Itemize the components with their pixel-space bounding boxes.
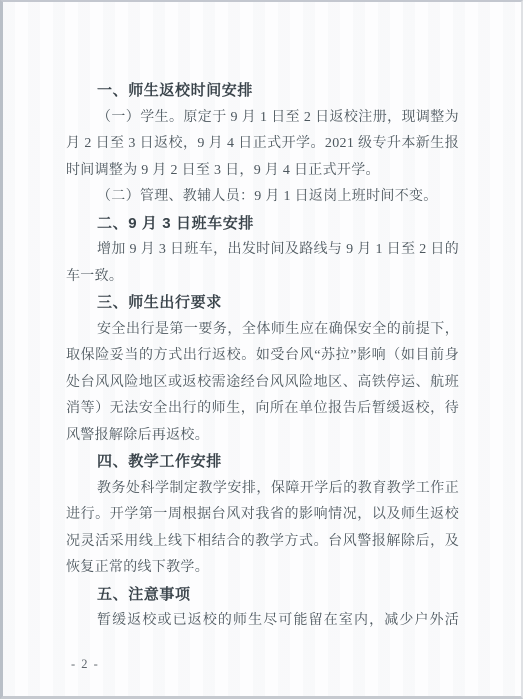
section-heading: 二、9 月 3 日班车安排 — [66, 211, 459, 238]
section-heading: 三、师生出行要求 — [66, 290, 459, 317]
body-text-line: 增加 9 月 3 日班车，出发时间及路线与 9 月 1 日至 2 日的班 — [66, 237, 459, 264]
body-text-line: （一）学生。原定于 9 月 1 日至 2 日返校注册，现调整为 9 — [66, 105, 459, 132]
section-heading: 四、教学工作安排 — [66, 449, 459, 476]
section-heading: 五、注意事项 — [66, 582, 459, 609]
body-text-line: 取保险妥当的方式出行返校。如受台风“苏拉”影响（如目前身 — [66, 343, 459, 370]
section-heading: 一、师生返校时间安排 — [66, 78, 459, 105]
body-text-line: 车一致。 — [66, 264, 459, 291]
body-text-line: 暂缓返校或已返校的师生尽可能留在室内，减少户外活动， — [66, 608, 459, 635]
body-text-line: 时间调整为 9 月 2 日至 3 日，9 月 4 日正式开学。 — [66, 158, 459, 185]
body-text-line: 进行。开学第一周根据台风对我省的影响情况，以及师生返校情 — [66, 502, 459, 529]
body-text-line: 风警报解除后再返校。 — [66, 423, 459, 450]
body-text-line: 安全出行是第一要务，全体师生应在确保安全的前提下，采 — [66, 317, 459, 344]
body-text-line: 消等）无法安全出行的师生，向所在单位报告后暂缓返校，待台 — [66, 396, 459, 423]
body-text-line: （二）管理、教辅人员：9 月 1 日返岗上班时间不变。 — [66, 184, 459, 211]
body-text-line: 况灵活采用线上线下相结合的教学方式。台风警报解除后，及时 — [66, 529, 459, 556]
body-text-line: 月 2 日至 3 日返校，9 月 4 日正式开学。2021 级专升本新生报到 — [66, 131, 459, 158]
document-body: 一、师生返校时间安排（一）学生。原定于 9 月 1 日至 2 日返校注册，现调整… — [66, 78, 459, 635]
body-text-line: 恢复正常的线下教学。 — [66, 555, 459, 582]
page-number: - 2 - — [71, 657, 99, 672]
body-text-line: 教务处科学制定教学安排，保障开学后的教育教学工作正常 — [66, 476, 459, 503]
scanned-document-page: 一、师生返校时间安排（一）学生。原定于 9 月 1 日至 2 日返校注册，现调整… — [0, 0, 523, 699]
body-text-line: 处台风风险地区或返校需途经台风风险地区、高铁停运、航班取 — [66, 370, 459, 397]
